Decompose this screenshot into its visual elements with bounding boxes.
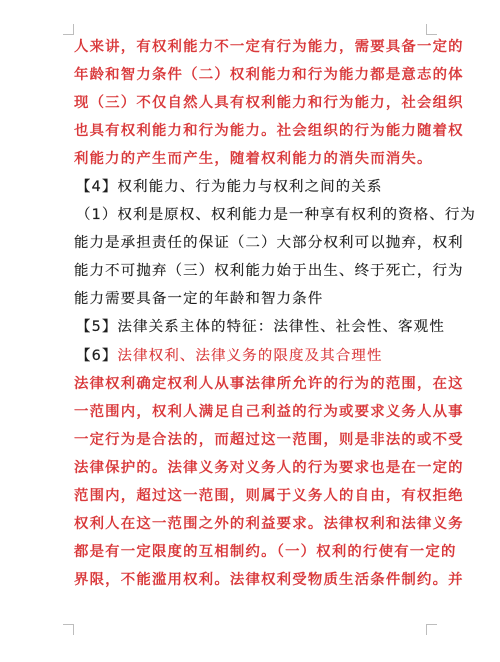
paragraph-rights-capacity-continued: 人来讲，有权利能力不一定有行为能力，需要具备一定的 年龄和智力条件（二）权利能力…	[74, 33, 426, 173]
section-4: 【4】权利能力、行为能力与权利之间的关系 （1）权利是原权、权利能力是一种享有权…	[74, 173, 426, 313]
text-line: 年龄和智力条件（二）权利能力和行为能力都是意志的体	[74, 61, 426, 89]
text-line: 范围内，超过这一范围，则属于义务人的自由，有权拒绝	[74, 482, 426, 510]
text-line: 能力需要具备一定的年龄和智力条件	[74, 285, 426, 313]
page-corner-mark-top-right	[426, 24, 437, 35]
text-line: 法律权利确定权利人从事法律所允许的行为的范围，在这	[74, 370, 426, 398]
text-line: 能力不可抛弃（三）权利能力始于出生、终于死亡，行为	[74, 257, 426, 285]
text-line: 也具有权利能力和行为能力。社会组织的行为能力随着权	[74, 117, 426, 145]
document-page: 人来讲，有权利能力不一定有行为能力，需要具备一定的 年龄和智力条件（二）权利能力…	[0, 0, 500, 662]
text-line: （1）权利是原权、权利能力是一种享有权利的资格、行为	[74, 201, 426, 229]
section-4-heading: 【4】权利能力、行为能力与权利之间的关系	[74, 173, 426, 201]
section-5-heading: 【5】法律关系主体的特征：法律性、社会性、客观性	[74, 313, 426, 342]
text-line: 现（三）不仅自然人具有权利能力和行为能力，社会组织	[74, 89, 426, 117]
text-line: 一定行为是合法的，而超过这一范围，则是非法的或不受	[74, 426, 426, 454]
document-body: 人来讲，有权利能力不一定有行为能力，需要具备一定的 年龄和智力条件（二）权利能力…	[74, 33, 426, 594]
text-line: 都是有一定限度的互相制约。（一）权利的行使有一定的	[74, 538, 426, 566]
text-line: 一范围内，权利人满足自己利益的行为或要求义务人从事	[74, 398, 426, 426]
text-line: 法律保护的。法律义务对义务人的行为要求也是在一定的	[74, 454, 426, 482]
text-line: 界限，不能滥用权利。法律权利受物质生活条件制约。并	[74, 566, 426, 594]
text-line: 权利人在这一范围之外的利益要求。法律权利和法律义务	[74, 510, 426, 538]
text-line: 能力是承担责任的保证（二）大部分权利可以抛弃，权利	[74, 229, 426, 257]
page-corner-mark-bottom-right	[426, 624, 437, 635]
text-line: 利能力的产生而产生，随着权利能力的消失而消失。	[74, 145, 426, 173]
section-6-heading-text: 法律权利、法律义务的限度及其合理性	[118, 348, 383, 364]
page-corner-mark-bottom-left	[63, 624, 74, 635]
page-corner-mark-top-left	[63, 24, 74, 35]
text-line: 人来讲，有权利能力不一定有行为能力，需要具备一定的	[74, 33, 426, 61]
section-6-heading: 【6】法律权利、法律义务的限度及其合理性	[74, 342, 426, 370]
section-6-heading-prefix: 【6】	[76, 348, 118, 364]
section-6: 【6】法律权利、法律义务的限度及其合理性 法律权利确定权利人从事法律所允许的行为…	[74, 342, 426, 594]
